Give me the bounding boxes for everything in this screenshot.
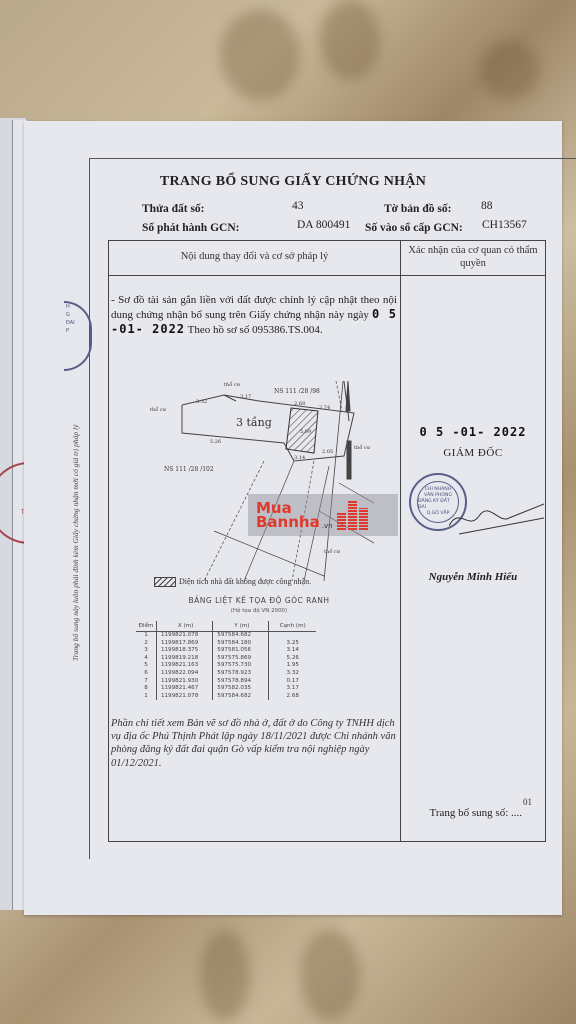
coordinate-cell-x: 1199818.375: [156, 647, 212, 655]
coordinate-cell-edge: 3.32: [269, 670, 316, 678]
registry-number-value: CH13567: [482, 219, 527, 231]
coordinate-cell-x: 1199821.930: [156, 678, 212, 686]
land-type-label: thổ cư: [324, 548, 341, 555]
header-approval: Xác nhận của cơ quan có thẩm quyền: [401, 244, 545, 270]
legend: Diện tích nhà đất không được công nhận.: [154, 577, 311, 587]
coordinate-cell-edge: 3.17: [269, 685, 316, 693]
coordinate-cell-y: 597575.730: [213, 662, 269, 670]
coordinate-row: 41199819.218597575.8695.26: [136, 655, 316, 663]
coordinate-cell-pt: 4: [136, 655, 156, 663]
coordinate-cell-pt: 5: [136, 662, 156, 670]
signature: [449, 496, 544, 536]
coordinate-cell-pt: 8: [136, 685, 156, 693]
watermark-logo: Mua Bannha .vn: [248, 494, 398, 536]
area-label: 5.09: [300, 429, 311, 435]
certificate-supplement-page: H G ĐAI P TRANG BỔ SUNG GIẤY CHỨNG NHẬN …: [24, 121, 562, 915]
edge-label: 3.14: [294, 455, 305, 461]
coordinate-cell-pt: 1: [136, 693, 156, 701]
approval-date: 0 5 -01- 2022: [401, 423, 545, 441]
background-marble: [320, 0, 380, 80]
neighbor-bottom-label: NS 111 /28 /102: [164, 466, 214, 473]
coordinate-cell-y: 597584.180: [213, 640, 269, 648]
edge-label: 2.68: [294, 401, 305, 407]
coordinate-cell-pt: 6: [136, 670, 156, 678]
coordinate-row: 11199821.078597584.6822.68: [136, 693, 316, 701]
coordinate-cell-pt: 7: [136, 678, 156, 686]
detail-note: Phần chi tiết xem Bản vẽ sơ đồ nhà ở, đấ…: [111, 717, 397, 770]
coordinate-cell-edge: 2.68: [269, 693, 316, 701]
edge-label: 3.32: [196, 399, 207, 405]
coordinate-cell-y: 597581.056: [213, 647, 269, 655]
coordinate-row: 11199821.078597584.682: [136, 632, 316, 640]
page-number: 01: [523, 797, 532, 807]
changes-table: Nội dung thay đổi và cơ sở pháp lý Xác n…: [108, 240, 546, 842]
registry-number-label: Số vào sổ cấp GCN:: [365, 222, 463, 234]
edge-label: 3.17: [240, 394, 251, 400]
coordinate-row: 51199821.163597575.7301.95: [136, 662, 316, 670]
coordinate-table-title: BẢNG LIỆT KÊ TỌA ĐỘ GÓC RANH: [149, 596, 369, 605]
coordinate-row: 61199822.094597578.9233.32: [136, 670, 316, 678]
legend-text: Diện tích nhà đất không được công nhận.: [179, 577, 311, 586]
background-marble: [220, 10, 300, 100]
col-header: Cạnh (m): [269, 621, 316, 632]
parcel-number-label: Thửa đất số:: [142, 203, 205, 215]
edge-label: 2.05: [322, 449, 333, 455]
col-header: X (m): [156, 621, 212, 632]
watermark-suffix: .vn: [322, 522, 333, 530]
seal-text: G: [66, 311, 90, 319]
seal-text: ĐAI: [66, 319, 90, 327]
hatch-legend-icon: [154, 577, 176, 587]
issue-number-value: DA 800491: [297, 219, 350, 231]
edge-label: 2.74: [319, 405, 330, 411]
coordinate-cell-edge: [269, 632, 316, 640]
map-sheet-label: Tờ bản đồ số:: [384, 203, 451, 215]
coordinate-cell-edge: 5.26: [269, 655, 316, 663]
coordinate-cell-edge: 3.25: [269, 640, 316, 648]
coordinate-cell-x: 1199821.467: [156, 685, 212, 693]
approval-title: GIÁM ĐỐC: [401, 447, 545, 459]
coordinate-cell-x: 1199822.094: [156, 670, 212, 678]
coordinate-cell-x: 1199817.869: [156, 640, 212, 648]
page-label: Trang bổ sung số: ....: [430, 807, 523, 819]
coordinate-cell-pt: 2: [136, 640, 156, 648]
coordinate-cell-y: 597578.894: [213, 678, 269, 686]
background-marble: [300, 930, 360, 1020]
approval-date-stamp: 0 5 -01- 2022: [420, 425, 527, 439]
col-header: Điểm: [136, 621, 156, 632]
edge-label: 5.26: [210, 439, 221, 445]
signer-name: Nguyễn Minh Hiếu: [401, 571, 545, 583]
background-marble: [200, 930, 250, 1020]
side-note: Trang bổ sung này luôn phải đính kèm Giấ…: [71, 425, 80, 661]
coordinate-table-subtitle: (Hệ tọa độ VN 2000): [149, 608, 369, 614]
coordinate-row: 71199821.930597578.8940.17: [136, 678, 316, 686]
coordinate-rows: 11199821.078597584.68221199817.869597584…: [136, 632, 316, 701]
coordinate-cell-x: 1199821.163: [156, 662, 212, 670]
coordinate-cell-x: 1199819.218: [156, 655, 212, 663]
neighbor-top-label: NS 111 /28 /98: [274, 388, 320, 395]
watermark-line2: Bannha: [256, 515, 320, 529]
coordinate-row: 21199817.869597584.1803.25: [136, 640, 316, 648]
coordinate-cell-y: 597584.682: [213, 632, 269, 640]
coordinate-cell-x: 1199821.078: [156, 632, 212, 640]
header-changes: Nội dung thay đổi và cơ sở pháp lý: [109, 251, 400, 262]
coordinate-row: 31199818.375597581.0563.14: [136, 647, 316, 655]
issue-number-label: Số phát hành GCN:: [142, 222, 239, 234]
coordinate-row: 81199821.467597582.0353.17: [136, 685, 316, 693]
dossier-reference: Theo hồ sơ số 095386.TS.004.: [188, 324, 323, 336]
coordinate-cell-y: 597578.923: [213, 670, 269, 678]
column-divider: [400, 241, 401, 841]
background-marble: [480, 40, 540, 100]
coordinate-table: Điểm X (m) Y (m) Cạnh (m) 11199821.07859…: [136, 621, 316, 700]
coordinate-cell-y: 597575.869: [213, 655, 269, 663]
coordinate-cell-pt: 1: [136, 632, 156, 640]
land-type-label: thổ cư: [150, 406, 167, 413]
seal-text: Q.GÒ VẤP: [427, 511, 450, 517]
coordinate-cell-pt: 3: [136, 647, 156, 655]
land-type-label: thổ cư: [224, 381, 241, 388]
coordinate-cell-edge: 1.95: [269, 662, 316, 670]
coordinate-cell-edge: 0.17: [269, 678, 316, 686]
seal-text: H: [66, 303, 90, 311]
coordinate-cell-y: 597584.682: [213, 693, 269, 701]
page-title: TRANG BỔ SUNG GIẤY CHỨNG NHẬN: [24, 174, 562, 190]
map-sheet-value: 88: [481, 200, 493, 212]
parcel-number-value: 43: [292, 200, 304, 212]
description-text: - Sơ đồ tài sản gắn liền với đất được ch…: [111, 294, 397, 321]
seal-text: P: [66, 327, 90, 335]
floors-label: 3 tầng: [236, 416, 272, 429]
header-divider: [109, 275, 545, 276]
change-description: - Sơ đồ tài sản gắn liền với đất được ch…: [111, 293, 397, 337]
watermark-text: Mua Bannha: [248, 501, 320, 529]
property-diagram: 3 tầng NS 111 /28 /98 NS 111 /28 /102 th…: [144, 381, 374, 581]
coordinate-cell-y: 597582.035: [213, 685, 269, 693]
coordinate-cell-edge: 3.14: [269, 647, 316, 655]
coordinate-cell-x: 1199821.078: [156, 693, 212, 701]
col-header: Y (m): [213, 621, 269, 632]
partial-seal-stamp: H G ĐAI P: [64, 301, 92, 371]
land-type-label: thổ cư: [354, 444, 371, 451]
building-icon: [337, 500, 368, 530]
